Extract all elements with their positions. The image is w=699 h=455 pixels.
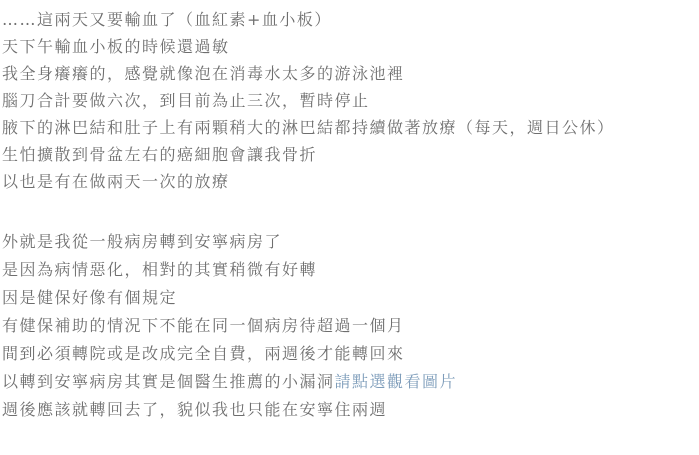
text-line: 間到必須轉院或是改成完全自費，兩週後才能轉回來 <box>2 340 699 368</box>
text-line: 是因為病情惡化，相對的其實稍微有好轉 <box>2 256 699 284</box>
text-line: ……這兩天又要輸血了（血紅素+血小板） <box>2 6 699 33</box>
text-line-with-link: 以轉到安寧病房其實是個醫生推薦的小漏洞請點選觀看圖片 <box>2 368 699 396</box>
paragraph-2: 外就是我從一般病房轉到安寧病房了 是因為病情惡化，相對的其實稍微有好轉 因是健保… <box>2 228 699 424</box>
text-line: 天下午輸血小板的時候還過敏 <box>2 33 699 60</box>
text-line: 因是健保好像有個規定 <box>2 284 699 312</box>
text-line: 以也是有在做兩天一次的放療 <box>2 168 699 195</box>
text-line: 有健保補助的情況下不能在同一個病房待超過一個月 <box>2 312 699 340</box>
text-line: 我全身癢癢的，感覺就像泡在消毒水太多的游泳池裡 <box>2 60 699 87</box>
document-page: ……這兩天又要輸血了（血紅素+血小板） 天下午輸血小板的時候還過敏 我全身癢癢的… <box>0 0 699 424</box>
text-line: 生怕擴散到骨盆左右的癌細胞會讓我骨折 <box>2 141 699 168</box>
text-segment: 以轉到安寧病房其實是個醫生推薦的小漏洞 <box>2 372 335 391</box>
view-image-link[interactable]: 請點選觀看圖片 <box>335 372 458 391</box>
text-line: 週後應該就轉回去了，貌似我也只能在安寧住兩週 <box>2 396 699 424</box>
text-line: 外就是我從一般病房轉到安寧病房了 <box>2 228 699 256</box>
text-line: 腋下的淋巴結和肚子上有兩顆稍大的淋巴結都持續做著放療（每天，週日公休） <box>2 114 699 141</box>
paragraph-gap <box>2 195 699 228</box>
paragraph-1: ……這兩天又要輸血了（血紅素+血小板） 天下午輸血小板的時候還過敏 我全身癢癢的… <box>2 6 699 195</box>
text-line: 腦刀合計要做六次，到目前為止三次，暫時停止 <box>2 87 699 114</box>
